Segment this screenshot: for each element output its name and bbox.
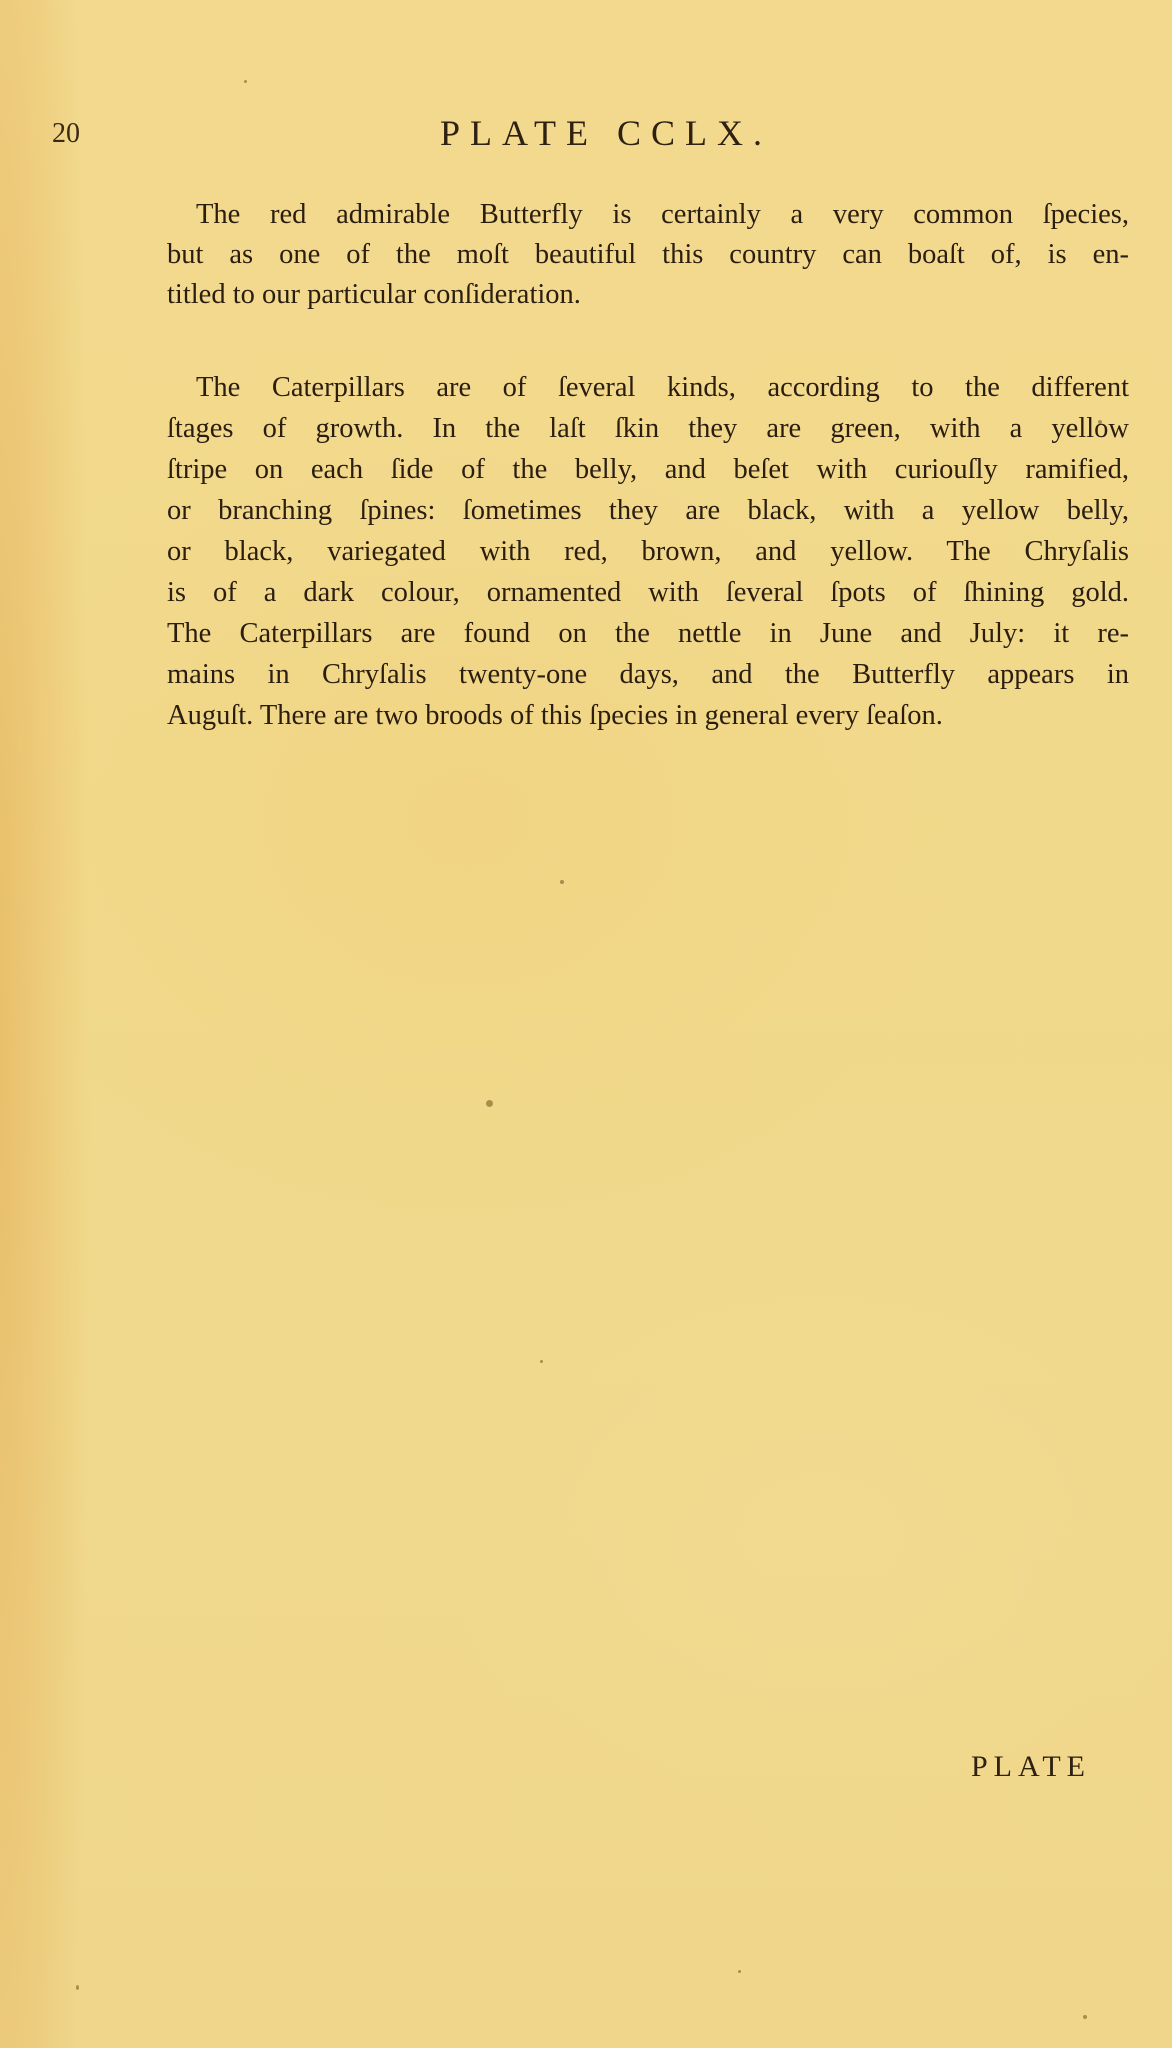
paper-speck	[76, 1985, 79, 1990]
text-line: or black, variegated with red, brown, an…	[167, 533, 1129, 571]
text-line: titled to our particular conſideration.	[167, 276, 1129, 314]
text-line: The red admirable Butterfly is certainly…	[196, 196, 1129, 234]
paper-speck	[1083, 2015, 1087, 2019]
text-line: mains in Chryſalis twenty-one days, and …	[167, 656, 1129, 694]
paper-speck	[486, 1100, 493, 1107]
paper-speck	[244, 80, 247, 83]
book-page: ​ 20 PLATE CCLX. The red admirable Butte…	[0, 0, 1172, 2048]
paper-speck	[560, 880, 564, 884]
paper-speck	[738, 1970, 741, 1973]
text-line: The Caterpillars are of ſeveral kinds, a…	[196, 369, 1129, 407]
page-header: 20 PLATE CCLX.	[0, 112, 1172, 162]
text-line: but as one of the moſt beautiful this co…	[167, 236, 1129, 274]
text-line: is of a dark colour, ornamented with ſev…	[167, 574, 1129, 612]
paper-speck	[1098, 420, 1102, 424]
text-line: Auguſt. There are two broods of this ſpe…	[167, 697, 1129, 735]
catchword: PLATE	[971, 1750, 1091, 1784]
text-line: The Caterpillars are found on the nettle…	[167, 615, 1129, 653]
running-title: PLATE CCLX.	[440, 112, 772, 154]
paper-speck	[540, 1360, 543, 1363]
text-line: or branching ſpines: ſometimes they are …	[167, 492, 1129, 530]
text-line: ſtripe on each ſide of the belly, and be…	[167, 451, 1129, 489]
page-number: 20	[52, 118, 80, 150]
text-line: ſtages of growth. In the laſt ſkin they …	[167, 410, 1129, 448]
